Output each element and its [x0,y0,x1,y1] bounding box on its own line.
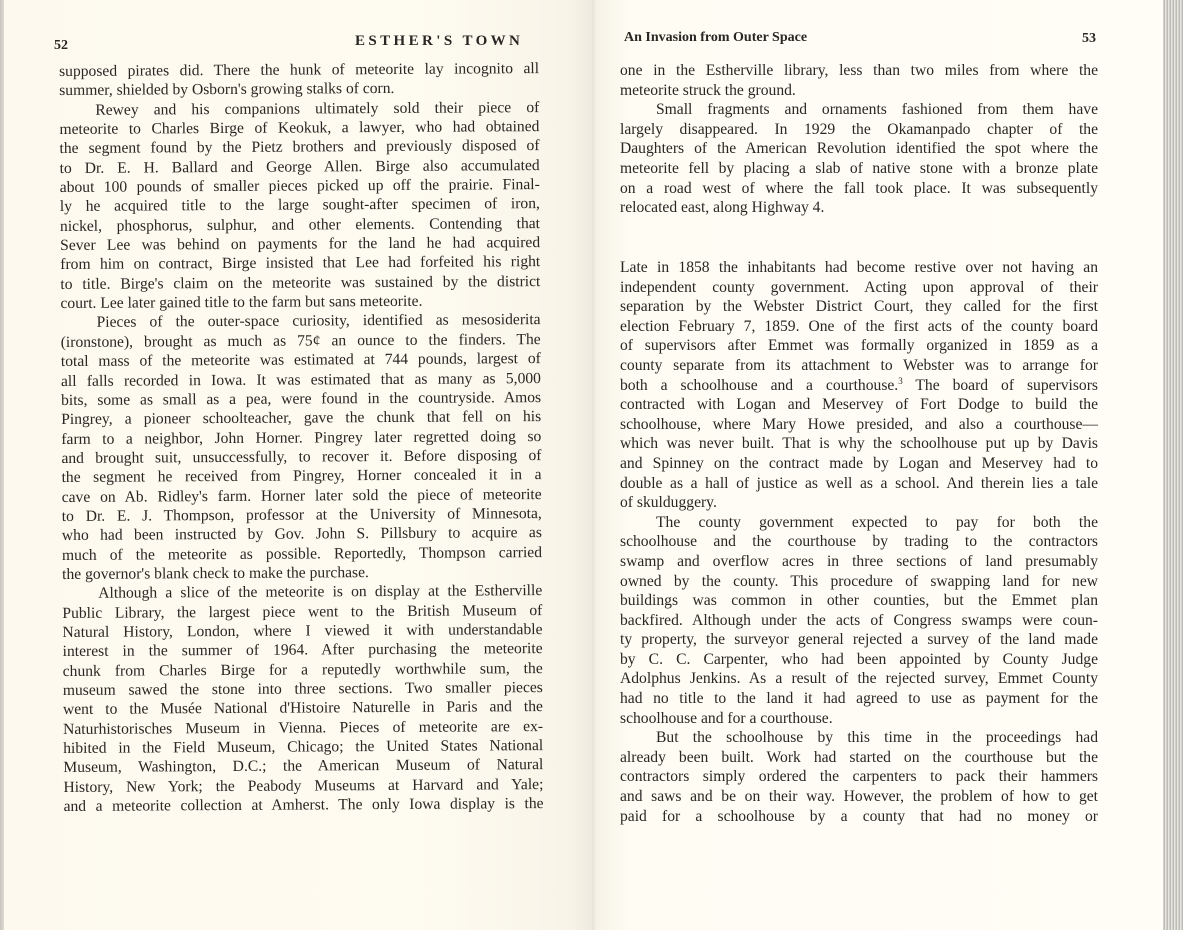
text-line: But the schoolhouse by this time in the … [620,728,1098,748]
text-line: swamp and overflow acres in three sectio… [620,552,1098,572]
text-line: relocated east, along Highway 4. [620,198,1098,218]
text-line: supposed pirates did. There the hunk of … [59,59,539,81]
text-line: schoolhouse, where Mary Howe presided, a… [620,415,1098,435]
text-line: Daughters of the American Revolution ide… [620,139,1098,159]
text-line: one in the Estherville library, less tha… [620,61,1098,81]
text-line: contracted with Logan and Meservey of Fo… [620,395,1098,415]
text-line: of supervisors after Emmet was formally … [620,336,1098,356]
text-line: by C. C. Carpenter, who had been appoint… [620,650,1098,670]
text-line: election February 7, 1859. One of the fi… [620,317,1098,337]
text-line: county separate from its attachment to W… [620,356,1098,376]
text-line: schoolhouse and for a courthouse. [620,709,1098,729]
text-line: and saws and be on their way. However, t… [620,787,1098,807]
text-line: total mass of the meteorite was estimate… [61,349,541,371]
text-line: much of the meteorite as possible. Repor… [62,543,542,565]
text-line: and Spinney on the contract made by Loga… [620,454,1098,474]
right-page-body-section-1: one in the Estherville library, less tha… [620,61,1098,218]
text-line: to title. Birge's claim on the meteorite… [60,272,540,294]
text-line: from him on contract, Birge insisted tha… [60,253,540,275]
text-fragment: The board of supervisors [903,377,1098,394]
text-line: which was never built. That is why the s… [620,434,1098,454]
text-line: the segment found by the Pietz brothers … [59,136,539,158]
text-line: Small fragments and ornaments fashioned … [620,100,1098,120]
page-number-left: 52 [54,38,68,54]
text-line: paid for a schoolhouse by a county that … [620,807,1098,827]
left-page-body: supposed pirates did. There the hunk of … [59,59,544,816]
running-head-chapter-title: An Invasion from Outer Space [624,30,807,46]
text-line: ly he acquired title to the large sought… [60,194,540,216]
text-line: Adolphus Jenkins. As a result of the rej… [620,669,1098,689]
text-line: of skulduggery. [620,493,1098,513]
text-line: independent county government. Acting up… [620,278,1098,298]
text-line: had no title to the land it had agreed t… [620,689,1098,709]
text-line: on a road west of where the fall took pl… [620,179,1098,199]
right-page-body-section-2: Late in 1858 the inhabitants had become … [620,258,1098,826]
text-line: Museum, Washington, D.C.; the American M… [63,755,543,777]
text-line: Pingrey, a pioneer schoolteacher, gave t… [61,407,541,429]
text-line: meteorite struck the ground. [620,81,1098,101]
text-line: largely disappeared. In 1929 the Okamanp… [620,120,1098,140]
text-line: contractors simply ordered the carpenter… [620,767,1098,787]
text-line: both a schoolhouse and a courthouse.3 Th… [620,376,1098,396]
text-line: owned by the county. This procedure of s… [620,572,1098,592]
text-line: Although a slice of the meteorite is on … [62,581,542,603]
text-line: schoolhouse and the courthouse by tradin… [620,532,1098,552]
text-line: and a meteorite collection at Amherst. T… [63,794,543,816]
text-line: who had been instructed by Gov. John S. … [62,523,542,545]
book-spread: 52 ESTHER'S TOWN An Invasion from Outer … [0,0,1183,930]
text-line: Late in 1858 the inhabitants had become … [620,258,1098,278]
text-line: meteorite fell by placing a slab of nati… [620,159,1098,179]
text-line: interest in the summer of 1964. After pu… [63,639,543,661]
text-line: already been built. Work had started on … [620,748,1098,768]
running-head-book-title: ESTHER'S TOWN [355,33,523,50]
text-line: ty property, the surveyor general reject… [620,630,1098,650]
text-line: separation by the Webster District Court… [620,297,1098,317]
text-line: the segment he received from Pingrey, Ho… [61,465,541,487]
text-line: buildings was common in other counties, … [620,591,1098,611]
text-line: double as a hall of justice as well as a… [620,474,1098,494]
text-line: went to the Musée National d'Histoire Na… [63,697,543,719]
text-fragment: both a schoolhouse and a courthouse. [620,377,898,394]
page-stack-edge [1163,0,1183,930]
page-number-right: 53 [1082,31,1096,47]
text-line: The county government expected to pay fo… [620,513,1098,533]
text-line: Pieces of the outer-space curiosity, ide… [61,311,541,333]
text-line: backfired. Although under the acts of Co… [620,611,1098,631]
